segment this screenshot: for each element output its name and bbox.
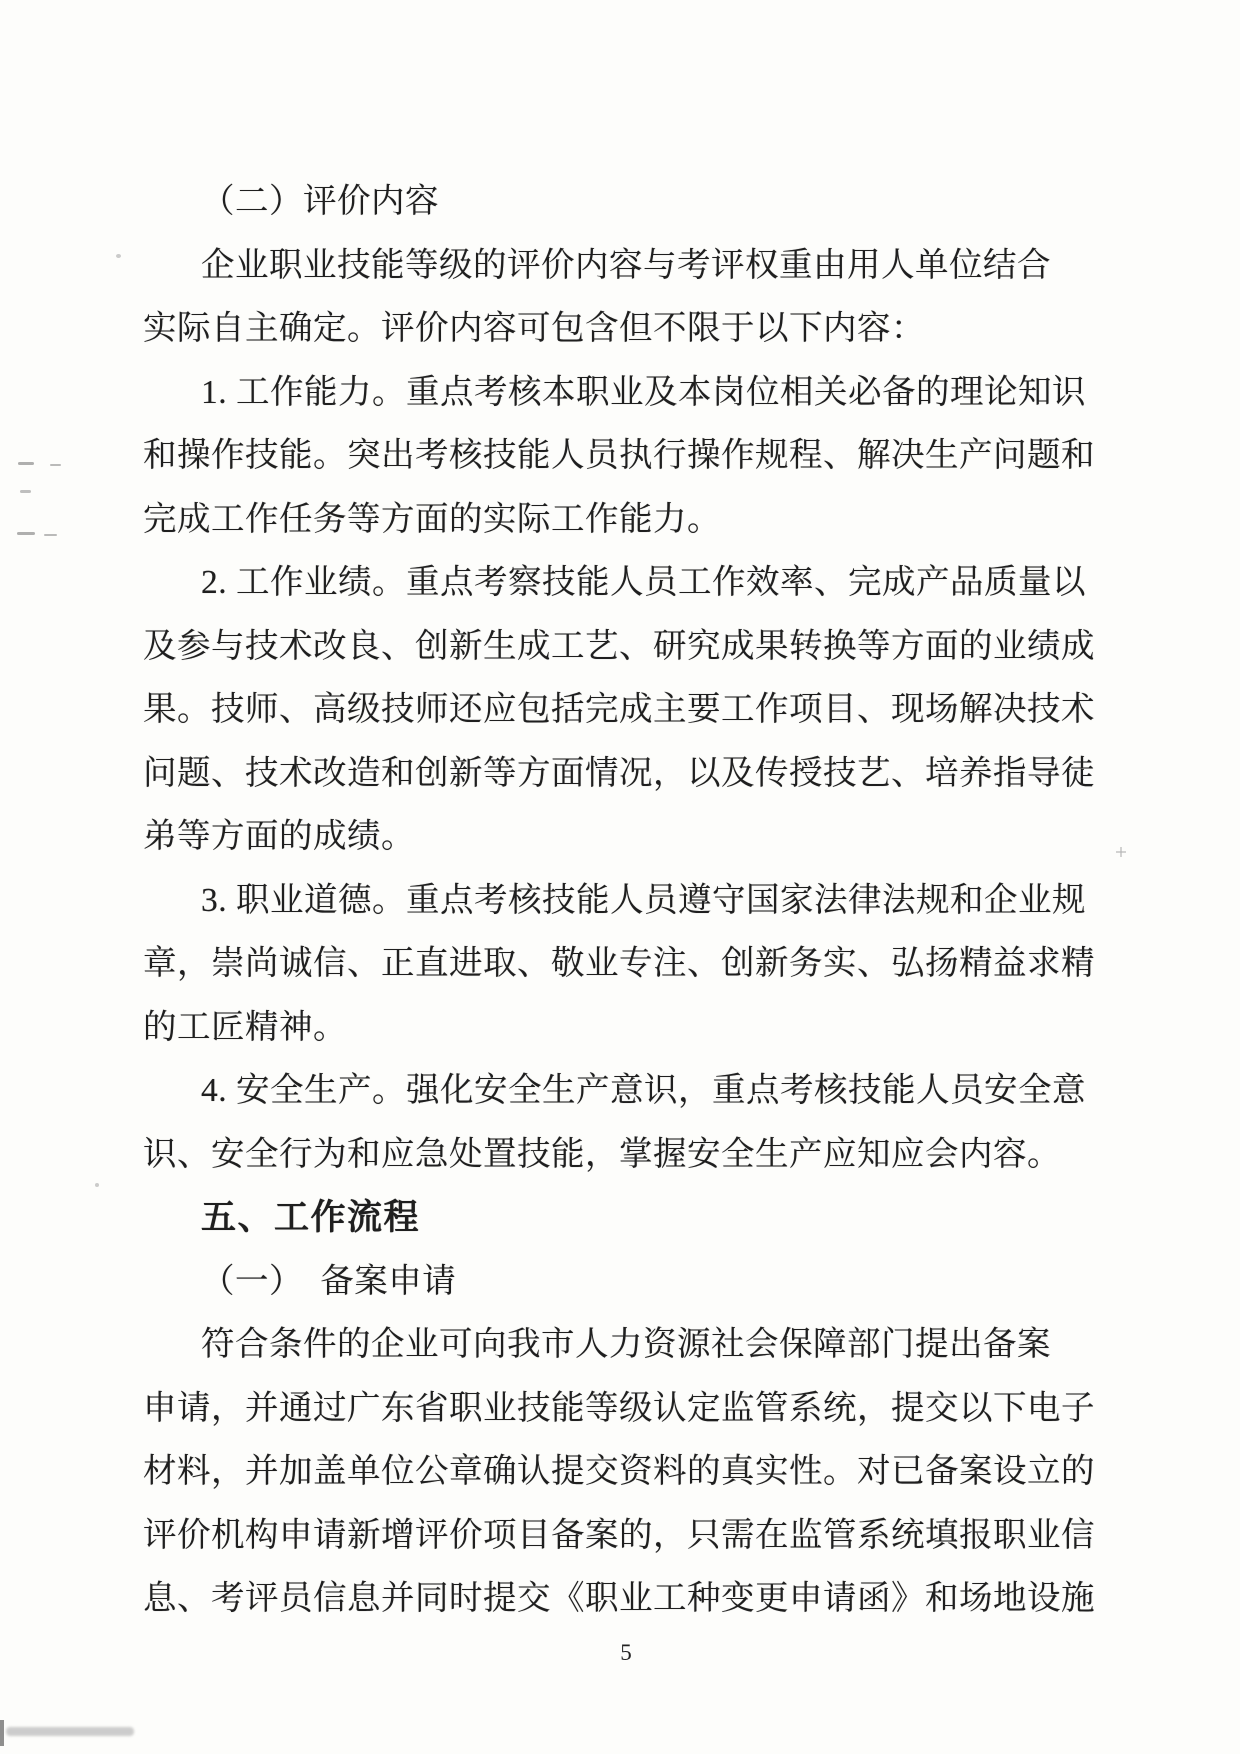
body-line: 符合条件的企业可向我市人力资源社会保障部门提出备案 xyxy=(143,1313,1101,1377)
body-line: 材料，并加盖单位公章确认提交资料的真实性。对已备案设立的 xyxy=(143,1440,1101,1504)
body-line: 及参与技术改良、创新生成工艺、研究成果转换等方面的业绩成 xyxy=(143,615,1101,679)
subsection-heading-evaluation-content: （二）评价内容 xyxy=(143,170,1101,234)
scan-artifact xyxy=(116,254,121,258)
body-line: 的工匠精神。 xyxy=(143,996,1101,1060)
section-heading-workflow: 五、工作流程 xyxy=(143,1186,1101,1250)
page-number: 5 xyxy=(0,1640,1240,1666)
scan-artifact xyxy=(0,1720,4,1746)
scan-artifact xyxy=(95,1183,99,1187)
scan-artifact xyxy=(50,464,61,466)
body-line-item-1: 1. 工作能力。重点考核本职业及本岗位相关必备的理论知识 xyxy=(143,361,1101,425)
scan-artifact xyxy=(18,462,34,465)
body-line: 评价机构申请新增评价项目备案的，只需在监管系统填报职业信 xyxy=(143,1504,1101,1568)
body-line: 弟等方面的成绩。 xyxy=(143,805,1101,869)
document-text-block: （二）评价内容 企业职业技能等级的评价内容与考评权重由用人单位结合 实际自主确定… xyxy=(143,170,1101,1631)
scan-artifact xyxy=(17,532,35,535)
body-line: 识、安全行为和应急处置技能，掌握安全生产应知应会内容。 xyxy=(143,1123,1101,1187)
scan-artifact xyxy=(44,534,57,536)
scan-artifact xyxy=(1116,851,1126,853)
subsection-heading-filing-application: （一） 备案申请 xyxy=(143,1250,1101,1314)
body-line: 企业职业技能等级的评价内容与考评权重由用人单位结合 xyxy=(143,234,1101,298)
body-line-item-3: 3. 职业道德。重点考核技能人员遵守国家法律法规和企业规 xyxy=(143,869,1101,933)
body-line: 和操作技能。突出考核技能人员执行操作规程、解决生产问题和 xyxy=(143,424,1101,488)
document-page: （二）评价内容 企业职业技能等级的评价内容与考评权重由用人单位结合 实际自主确定… xyxy=(0,0,1240,1754)
body-line: 章，崇尚诚信、正直进取、敬业专注、创新务实、弘扬精益求精 xyxy=(143,932,1101,996)
body-line: 申请，并通过广东省职业技能等级认定监管系统，提交以下电子 xyxy=(143,1377,1101,1441)
scan-artifact xyxy=(6,1727,134,1736)
scan-artifact xyxy=(20,490,31,493)
body-line: 完成工作任务等方面的实际工作能力。 xyxy=(143,488,1101,552)
scan-artifact xyxy=(1120,847,1122,857)
body-line-item-4: 4. 安全生产。强化安全生产意识，重点考核技能人员安全意 xyxy=(143,1059,1101,1123)
body-line: 果。技师、高级技师还应包括完成主要工作项目、现场解决技术 xyxy=(143,678,1101,742)
body-line: 息、考评员信息并同时提交《职业工种变更申请函》和场地设施 xyxy=(143,1567,1101,1631)
body-line: 问题、技术改造和创新等方面情况，以及传授技艺、培养指导徒 xyxy=(143,742,1101,806)
body-line-item-2: 2. 工作业绩。重点考察技能人员工作效率、完成产品质量以 xyxy=(143,551,1101,615)
body-line: 实际自主确定。评价内容可包含但不限于以下内容： xyxy=(143,297,1101,361)
